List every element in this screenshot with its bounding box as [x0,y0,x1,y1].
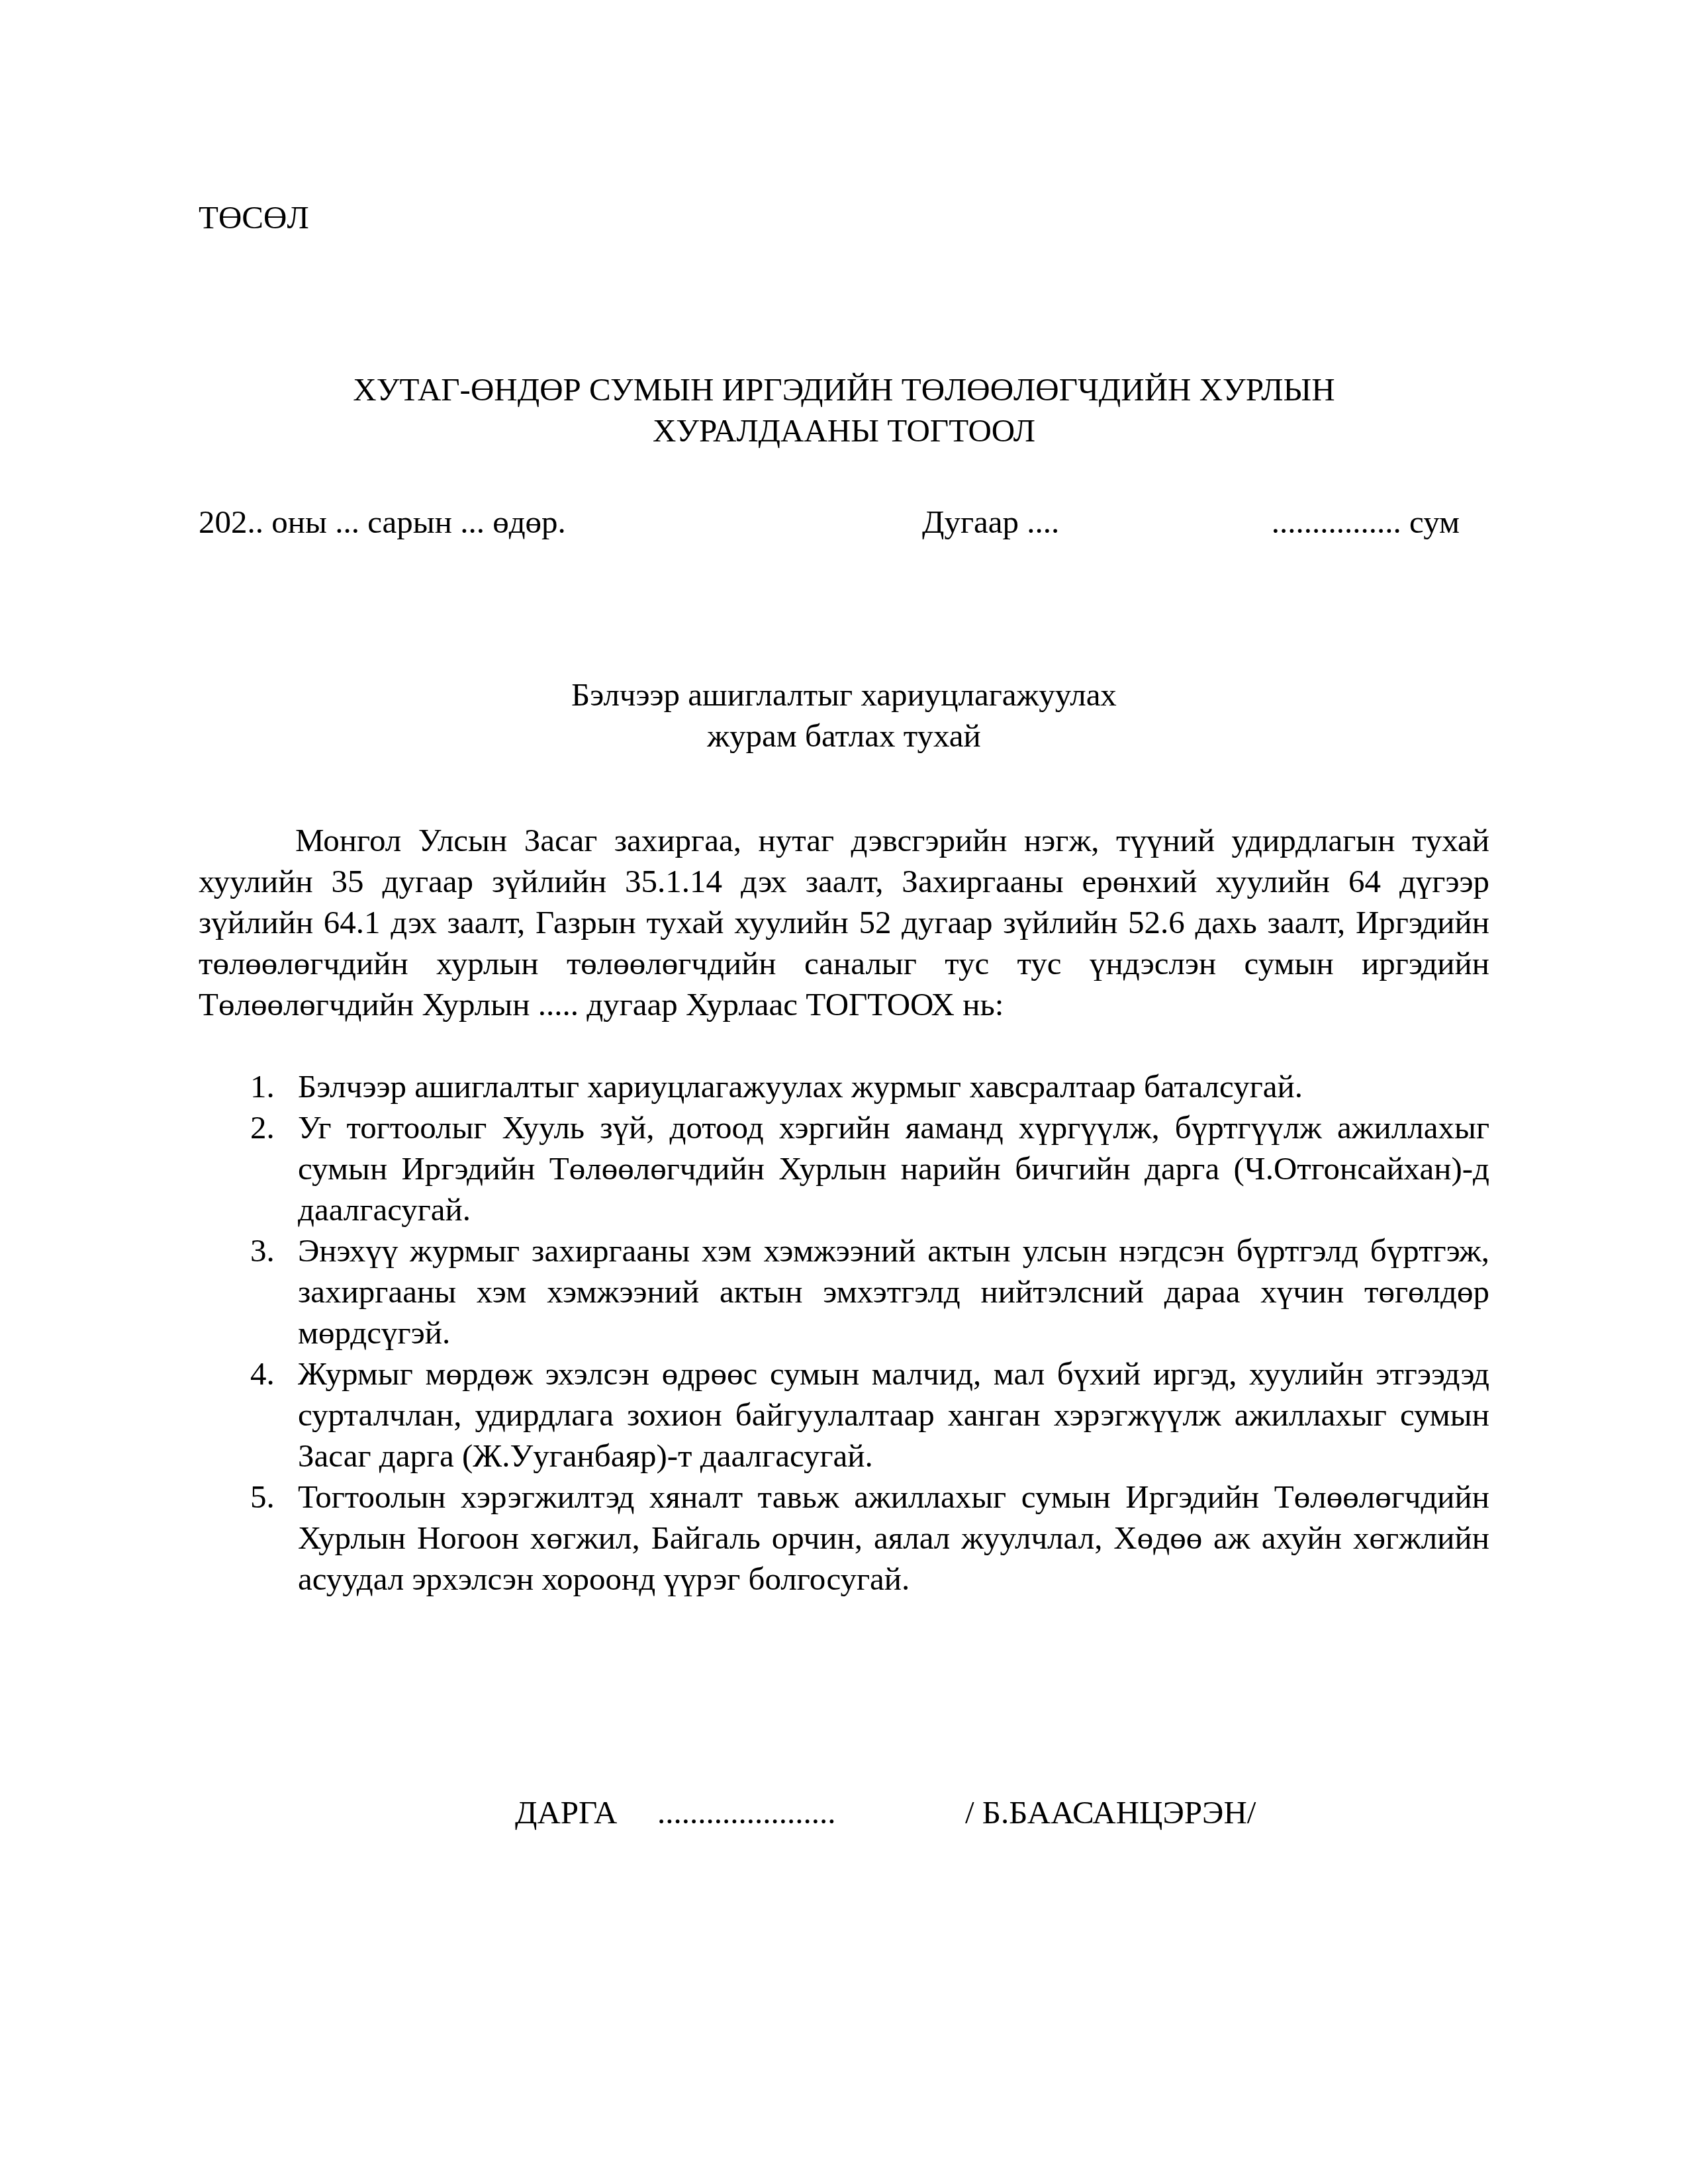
signatory-name: / Б.БААСАНЦЭРЭН/ [965,1792,1256,1833]
list-item-text: Уг тогтоолыг Хууль зүй, дотоод хэргийн я… [298,1109,1489,1228]
place-field: ................ сум [1272,502,1460,543]
list-item: 5.Тогтоолын хэрэгжилтэд хяналт тавьж ажи… [199,1477,1489,1600]
date-number-place-line: 202.. оны ... сарын ... өдөр. Дугаар ...… [199,502,1489,543]
list-item-number: 3. [250,1230,275,1271]
preamble-paragraph: Монгол Улсын Засаг захиргаа, нутаг дэвсг… [199,820,1489,1025]
draft-label: ТӨСӨЛ [199,197,309,238]
date-field: 202.. оны ... сарын ... өдөр. [199,502,566,543]
list-item-number: 4. [250,1353,275,1394]
list-item: 4.Журмыг мөрдөж эхэлсэн өдрөөс сумын мал… [199,1353,1489,1477]
resolution-heading: ХУТАГ-ӨНДӨР СУМЫН ИРГЭДИЙН ТӨЛӨӨЛӨГЧДИЙН… [199,369,1489,451]
signature-line: ...................... [657,1792,836,1833]
list-item: 3.Энэхүү журмыг захиргааны хэм хэмжээний… [199,1230,1489,1353]
subject-line-2: журам батлах тухай [199,715,1489,756]
decision-list: 1.Бэлчээр ашиглалтыг хариуцлагажуулах жу… [199,1066,1489,1600]
list-item-number: 1. [250,1066,275,1107]
resolution-number-field: Дугаар .... [922,502,1059,543]
list-item-text: Тогтоолын хэрэгжилтэд хяналт тавьж ажилл… [298,1479,1489,1597]
subject-line-1: Бэлчээр ашиглалтыг хариуцлагажуулах [199,674,1489,715]
list-item: 2.Уг тогтоолыг Хууль зүй, дотоод хэргийн… [199,1107,1489,1230]
list-item-number: 2. [250,1107,275,1148]
signatory-role: ДАРГА [515,1792,617,1833]
list-item-text: Энэхүү журмыг захиргааны хэм хэмжээний а… [298,1232,1489,1351]
subject-title: Бэлчээр ашиглалтыг хариуцлагажуулах жура… [199,674,1489,756]
list-item-text: Бэлчээр ашиглалтыг хариуцлагажуулах журм… [298,1068,1303,1105]
heading-line-1: ХУТАГ-ӨНДӨР СУМЫН ИРГЭДИЙН ТӨЛӨӨЛӨГЧДИЙН… [199,369,1489,410]
list-item-number: 5. [250,1477,275,1518]
list-item: 1.Бэлчээр ашиглалтыг хариуцлагажуулах жу… [199,1066,1489,1107]
signature-block: ДАРГА ...................... / Б.БААСАНЦ… [199,1792,1489,1833]
list-item-text: Журмыг мөрдөж эхэлсэн өдрөөс сумын малчи… [298,1355,1489,1474]
heading-line-2: ХУРАЛДААНЫ ТОГТООЛ [199,410,1489,451]
